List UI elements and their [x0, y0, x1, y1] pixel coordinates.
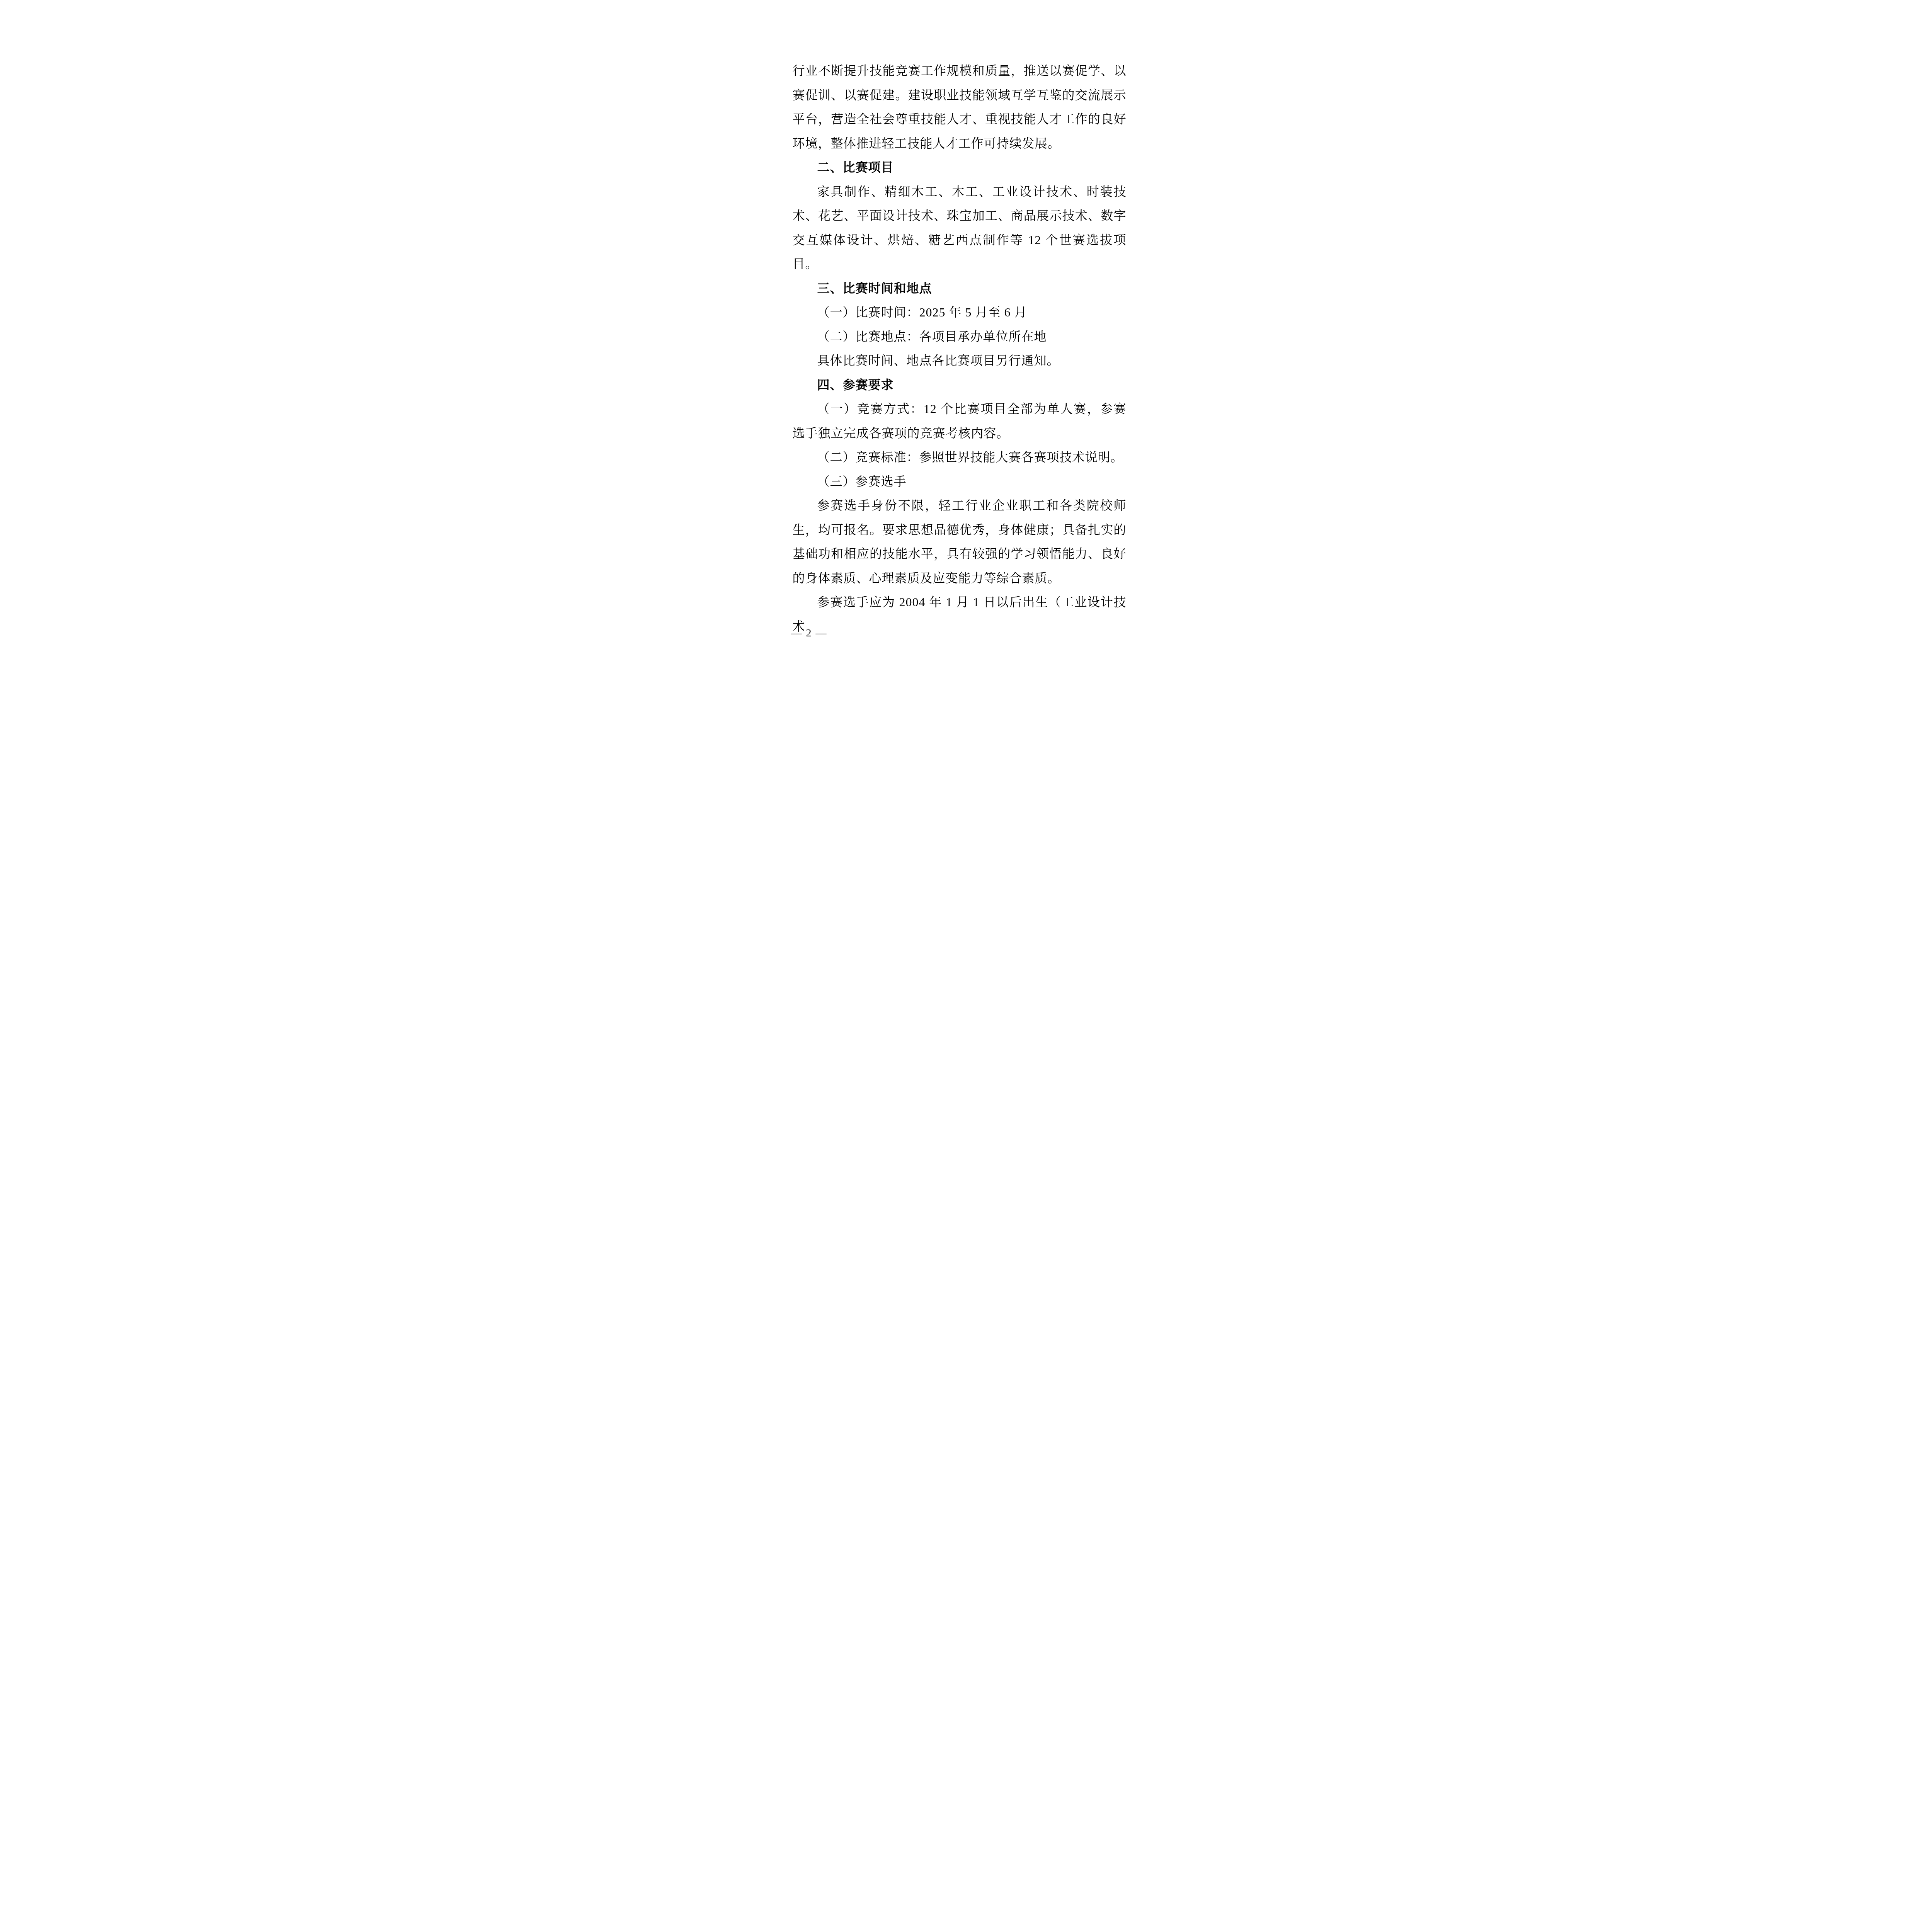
document-page: 行业不断提升技能竞赛工作规模和质量，推送以赛促学、以赛促训、以赛促建。建设职业技… [720, 0, 1199, 678]
paragraph: 家具制作、精细木工、木工、工业设计技术、时装技术、花艺、平面设计技术、珠宝加工、… [793, 180, 1127, 276]
document-body: 行业不断提升技能竞赛工作规模和质量，推送以赛促学、以赛促训、以赛促建。建设职业技… [793, 59, 1127, 638]
paragraph: （三）参赛选手 [793, 469, 1127, 494]
section-heading-2: 二、比赛项目 [793, 155, 1127, 180]
paragraph: （二）竞赛标准：参照世界技能大赛各赛项技术说明。 [793, 445, 1127, 469]
page-number: — 2 — [791, 627, 827, 640]
paragraph: （一）比赛时间：2025 年 5 月至 6 月 [793, 300, 1127, 325]
section-heading-4: 四、参赛要求 [793, 373, 1127, 397]
section-heading-3: 三、比赛时间和地点 [793, 276, 1127, 301]
paragraph: 具体比赛时间、地点各比赛项目另行通知。 [793, 349, 1127, 373]
paragraph: （一）竞赛方式：12 个比赛项目全部为单人赛，参赛选手独立完成各赛项的竞赛考核内… [793, 397, 1127, 445]
paragraph: 参赛选手应为 2004 年 1 月 1 日以后出生（工业设计技术 [793, 590, 1127, 638]
paragraph: （二）比赛地点：各项目承办单位所在地 [793, 325, 1127, 349]
paragraph-continued: 行业不断提升技能竞赛工作规模和质量，推送以赛促学、以赛促训、以赛促建。建设职业技… [793, 59, 1127, 155]
paragraph: 参赛选手身份不限，轻工行业企业职工和各类院校师生，均可报名。要求思想品德优秀，身… [793, 493, 1127, 590]
